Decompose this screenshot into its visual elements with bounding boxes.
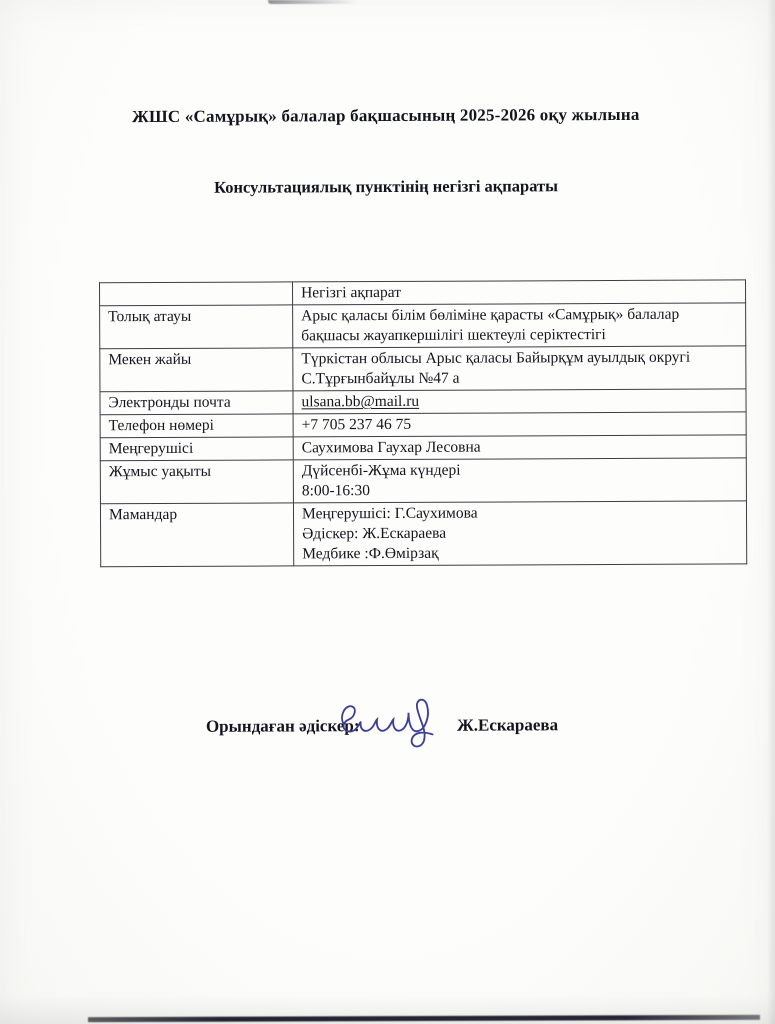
row-label: Мекен жайы (100, 348, 293, 392)
row-label: Меңгерушісі (100, 437, 293, 461)
table-row: Жұмыс уақыты Дүйсенбі-Жұма күндері 8:00-… (100, 458, 746, 504)
document-title: ЖШС «Самұрық» балалар бақшасының 2025-20… (0, 104, 773, 127)
row-label: Мамандар (100, 503, 293, 567)
table-header-row: Негізгі ақпарат (99, 280, 745, 306)
handwritten-signature-icon (337, 691, 451, 751)
signature-block: Орындаған әдіскер: Ж.Ескараева (0, 0, 773, 2)
row-value: Дүйсенбі-Жұма күндері 8:00-16:30 (293, 458, 746, 503)
row-value: Меңгерушісі: Г.Саухимова Әдіскер: Ж.Еска… (293, 501, 746, 566)
header-cell: Негізгі ақпарат (292, 280, 745, 305)
info-table: Негізгі ақпарат Толық атауы Арыс қаласы … (99, 279, 747, 567)
row-value: ulsana.bb@mail.ru (293, 389, 746, 414)
table-row: Толық атауы Арыс қаласы білім бөліміне қ… (100, 303, 746, 349)
table-row: Мамандар Меңгерушісі: Г.Саухимова Әдіске… (100, 501, 746, 567)
row-label: Электронды почта (100, 391, 293, 415)
row-label: Телефон нөмері (100, 414, 293, 438)
scan-artifact-right-edge (767, 0, 775, 1024)
row-value: Түркістан облысы Арыс қаласы Байырқұм ау… (293, 346, 746, 391)
table-row: Меңгерушісі Саухимова Гаухар Лесовна (100, 435, 746, 461)
row-value: +7 705 237 46 75 (293, 412, 746, 437)
corner-cell (99, 282, 292, 306)
document-content: ЖШС «Самұрық» балалар бақшасының 2025-20… (0, 0, 775, 1024)
email-link[interactable]: ulsana.bb@mail.ru (301, 393, 419, 411)
scan-artifact-top (268, 0, 358, 4)
scanned-document-page: ЖШС «Самұрық» балалар бақшасының 2025-20… (0, 0, 775, 1024)
table-row: Мекен жайы Түркістан облысы Арыс қаласы … (100, 346, 746, 392)
row-label: Жұмыс уақыты (100, 460, 293, 504)
document-subtitle: Консультациялық пунктінің негізгі ақпара… (0, 175, 774, 198)
table-row: Телефон нөмері +7 705 237 46 75 (100, 412, 746, 438)
signature-name: Ж.Ескараева (457, 715, 558, 735)
row-value: Саухимова Гаухар Лесовна (293, 435, 746, 460)
row-value: Арыс қаласы білім бөліміне қарасты «Самұ… (293, 303, 746, 348)
table-row: Электронды почта ulsana.bb@mail.ru (100, 389, 746, 415)
row-label: Толық атауы (100, 305, 293, 349)
